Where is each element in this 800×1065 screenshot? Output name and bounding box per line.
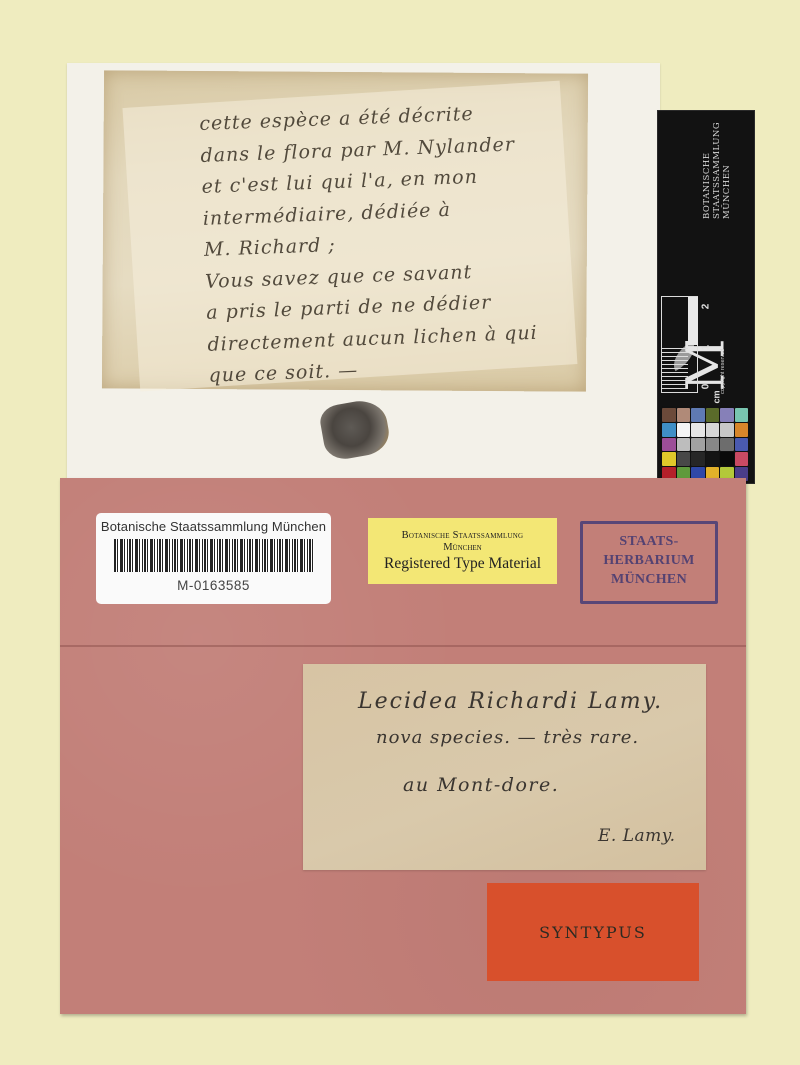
color-swatch (735, 408, 749, 422)
cm-scale (661, 296, 698, 393)
color-swatch (691, 452, 705, 466)
catalog-number: M-0163585 (96, 578, 331, 593)
note-line: et c'est lui qui l'a, en mon (201, 166, 478, 198)
ruler-line: STAATSSAMMLUNG (712, 122, 722, 219)
note-line: directement aucun lichen à qui (207, 321, 538, 355)
scale-white-segment (688, 297, 698, 345)
color-swatch (706, 438, 720, 452)
taxon-status: nova species. — très rare. (376, 727, 639, 748)
color-swatch (691, 423, 705, 437)
color-swatch (735, 423, 749, 437)
scale-ticks (662, 345, 688, 393)
color-swatch (720, 452, 734, 466)
ruler-institution-text: BOTANISCHE STAATSSAMMLUNG MÜNCHEN (702, 122, 732, 219)
ruler-line: MÜNCHEN (722, 122, 732, 219)
barcode-label: Botanische Staatssammlung München M-0163… (96, 513, 331, 604)
color-swatch (720, 408, 734, 422)
color-swatch (691, 438, 705, 452)
specimen-label: Lecidea Richardi Lamy. nova species. — t… (303, 664, 706, 870)
color-swatch (691, 408, 705, 422)
color-swatch (706, 408, 720, 422)
scale-mark-2: 2 (700, 304, 711, 310)
type-label-city: München (368, 542, 557, 553)
syntype-label: SYNTYPUS (487, 883, 699, 981)
note-line: Vous savez que ce savant (205, 261, 473, 293)
note-line: cette espèce a été décrite (199, 103, 474, 135)
envelope-flap-fold (60, 645, 746, 647)
color-swatch (735, 438, 749, 452)
herbarium-stamp: STAATS- HERBARIUM MÜNCHEN (580, 521, 718, 604)
color-swatch (706, 452, 720, 466)
color-swatch (677, 423, 691, 437)
scale-mark-1: 1 (700, 345, 711, 351)
scale-mark-0: 0 (700, 384, 711, 390)
type-label-status: Registered Type Material (368, 555, 557, 573)
color-swatch (735, 452, 749, 466)
syntype-text: SYNTYPUS (539, 923, 647, 942)
note-line: intermédiaire, dédiée à (202, 198, 451, 229)
note-text: cette espèce a été décrite dans le flora… (199, 97, 540, 392)
color-swatch (677, 452, 691, 466)
taxon-name: Lecidea Richardi Lamy. (358, 689, 663, 714)
scale-ruler-color-chart: BOTANISCHE STAATSSAMMLUNG MÜNCHEN M 2 1 … (657, 110, 755, 484)
color-swatch (662, 423, 676, 437)
color-swatch (677, 438, 691, 452)
collector: E. Lamy. (598, 826, 676, 846)
color-swatch (720, 423, 734, 437)
registered-type-label: Botanische Staatssammlung München Regist… (368, 518, 557, 584)
stamp-line: MÜNCHEN (583, 572, 715, 587)
locality: au Mont-dore. (403, 774, 559, 796)
color-calibration-chart (660, 406, 750, 483)
type-label-institution: Botanische Staatssammlung (368, 530, 557, 541)
note-line: M. Richard ; (204, 234, 337, 261)
color-swatch (662, 452, 676, 466)
barcode-icon (114, 539, 314, 572)
color-swatch (677, 408, 691, 422)
handwritten-note: cette espèce a été décrite dans le flora… (102, 70, 588, 391)
color-swatch (706, 423, 720, 437)
barcode-institution: Botanische Staatssammlung München (96, 519, 331, 534)
note-line: que ce soit. — (208, 359, 358, 386)
ruler-line: BOTANISCHE (702, 122, 712, 219)
note-line: a pris le parti de ne dédier (206, 291, 492, 323)
color-swatch (662, 438, 676, 452)
copyright-text: copyright reserved (720, 349, 726, 394)
color-swatch (720, 438, 734, 452)
color-swatch (662, 408, 676, 422)
stamp-line: HERBARIUM (583, 553, 715, 568)
note-line: dans le flora par M. Nylander (200, 133, 515, 167)
stamp-line: STAATS- (583, 534, 715, 549)
